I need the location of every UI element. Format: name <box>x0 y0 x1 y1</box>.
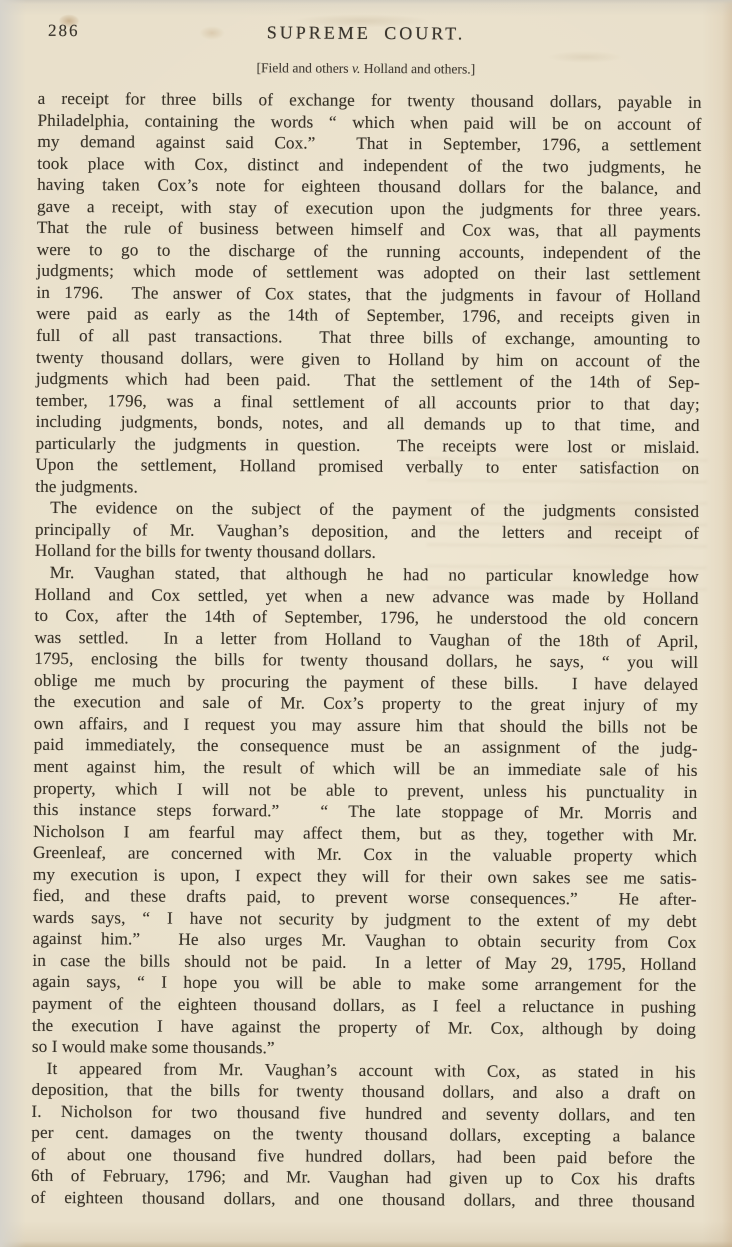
book-page: 286 SUPREME COURT. [Field and others v. … <box>0 0 732 1247</box>
case-caption: [Field and others v. Holland and others.… <box>0 59 732 79</box>
case-caption-prefix: [Field and others <box>256 60 352 76</box>
case-caption-suffix: Holland and others.] <box>360 61 475 77</box>
body-text: a receipt for three bills of exchange fo… <box>31 88 702 1212</box>
text-line: of eighteen thousand dollars, and one th… <box>31 1187 695 1213</box>
case-caption-versus: v. <box>352 61 361 76</box>
page-sheet: 286 SUPREME COURT. [Field and others v. … <box>0 0 732 1247</box>
page-number: 286 <box>48 21 80 41</box>
running-head: SUPREME COURT. <box>0 0 732 46</box>
